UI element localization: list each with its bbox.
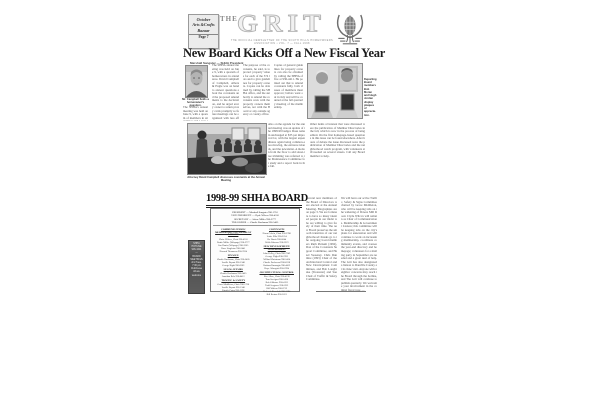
article-col-h: We will have our active Traffic, Safety … — [341, 197, 377, 292]
hotline-info-box: SHHA HOTLINE 936-4411 ― BOARD MEETINGS 2… — [188, 240, 205, 294]
newsletter-page-scan: October Arts &Crafts Bazaar Page 7 THE G… — [0, 0, 600, 400]
committee-title: COMMUNICATIONS/ MEMBERSHIP/ GOVERNMENT L… — [213, 229, 254, 238]
departing-members-caption: Departing Board members Bob Moran and Hu… — [364, 78, 377, 117]
committee-members: Charlie Buchanan 936-5405 Jonathan Belz … — [213, 272, 254, 278]
promo-line2: Arts &Crafts — [189, 22, 218, 27]
masthead-the: THE — [220, 15, 238, 23]
promo-box: October Arts &Crafts Bazaar Page 7 — [188, 14, 219, 49]
annual-meeting-image — [188, 124, 266, 174]
board-heading: 1998-99 SHHA BOARD — [206, 193, 302, 208]
masthead-title: GRIT — [237, 9, 326, 38]
article-col-b: The SHHA annual meeting was held on June… — [212, 64, 239, 121]
committee-members: Grace Middleton, Chair 936-1736 Lucille … — [213, 283, 254, 292]
article-col-c: The purpose of the covenants, he said, i… — [243, 64, 270, 121]
committee-members: Ken Albro, Chair 936-4138 Tom Sweigart 9… — [257, 275, 298, 296]
promo-line3: Bazaar — [189, 28, 218, 33]
committee-members: Claire Wilcox, Chair 936-4310 Dottie Mil… — [213, 238, 254, 253]
committee-title: NEW DEVELOPMENT/ GOVERNMENT — [257, 246, 298, 252]
article-headline: New Board Kicks Off a New Fiscal Year — [183, 46, 371, 61]
campbell-headshot-photo — [185, 65, 208, 98]
article-col-d: Copies of general guidelines for propert… — [274, 64, 303, 121]
board-roster-box: PRESIDENT — Marshall Sangster 936-1716 V… — [210, 208, 300, 292]
article-col-g: Several new members of the Board of Dire… — [306, 197, 337, 292]
corn-emblem-logo — [332, 12, 368, 45]
meeting-caption: Attorney David Campbell discusses covena… — [186, 176, 266, 182]
article-col-a: The SHHA's annual meeting was held on Ju… — [183, 106, 208, 121]
departing-members-photo — [307, 63, 363, 119]
board-left-column: COMMUNICATIONS/ MEMBERSHIP/ GOVERNMENT L… — [213, 227, 254, 297]
committee-members: Norm Colvin, Chair 936-2786 Lottie Ellis… — [257, 232, 298, 244]
article-col-f: Other items of interest that were discus… — [310, 123, 365, 193]
board-officers: PRESIDENT — Marshall Sangster 936-1716 V… — [213, 211, 297, 226]
committee-members: John Kelley, Chair 936-7343 George Fligh… — [257, 252, 298, 270]
departing-members-image — [308, 64, 362, 118]
article-col-e: Also on the agenda for the annual meetin… — [268, 123, 305, 193]
committee-members: Charlie Buchanan, Chair 936-5405 Lucille… — [213, 258, 254, 267]
masthead-subtitle: THE OFFICIAL NEWSLETTER OF THE SOUTH HIL… — [226, 39, 338, 45]
article-end-rule — [316, 291, 366, 292]
annual-meeting-photo — [187, 123, 267, 175]
headshot-image — [186, 66, 207, 97]
board-right-column: COVENANTS Norm Colvin, Chair 936-2786 Lo… — [257, 227, 298, 297]
promo-page: Page 7 — [189, 34, 218, 39]
corn-emblem-icon — [332, 12, 368, 45]
